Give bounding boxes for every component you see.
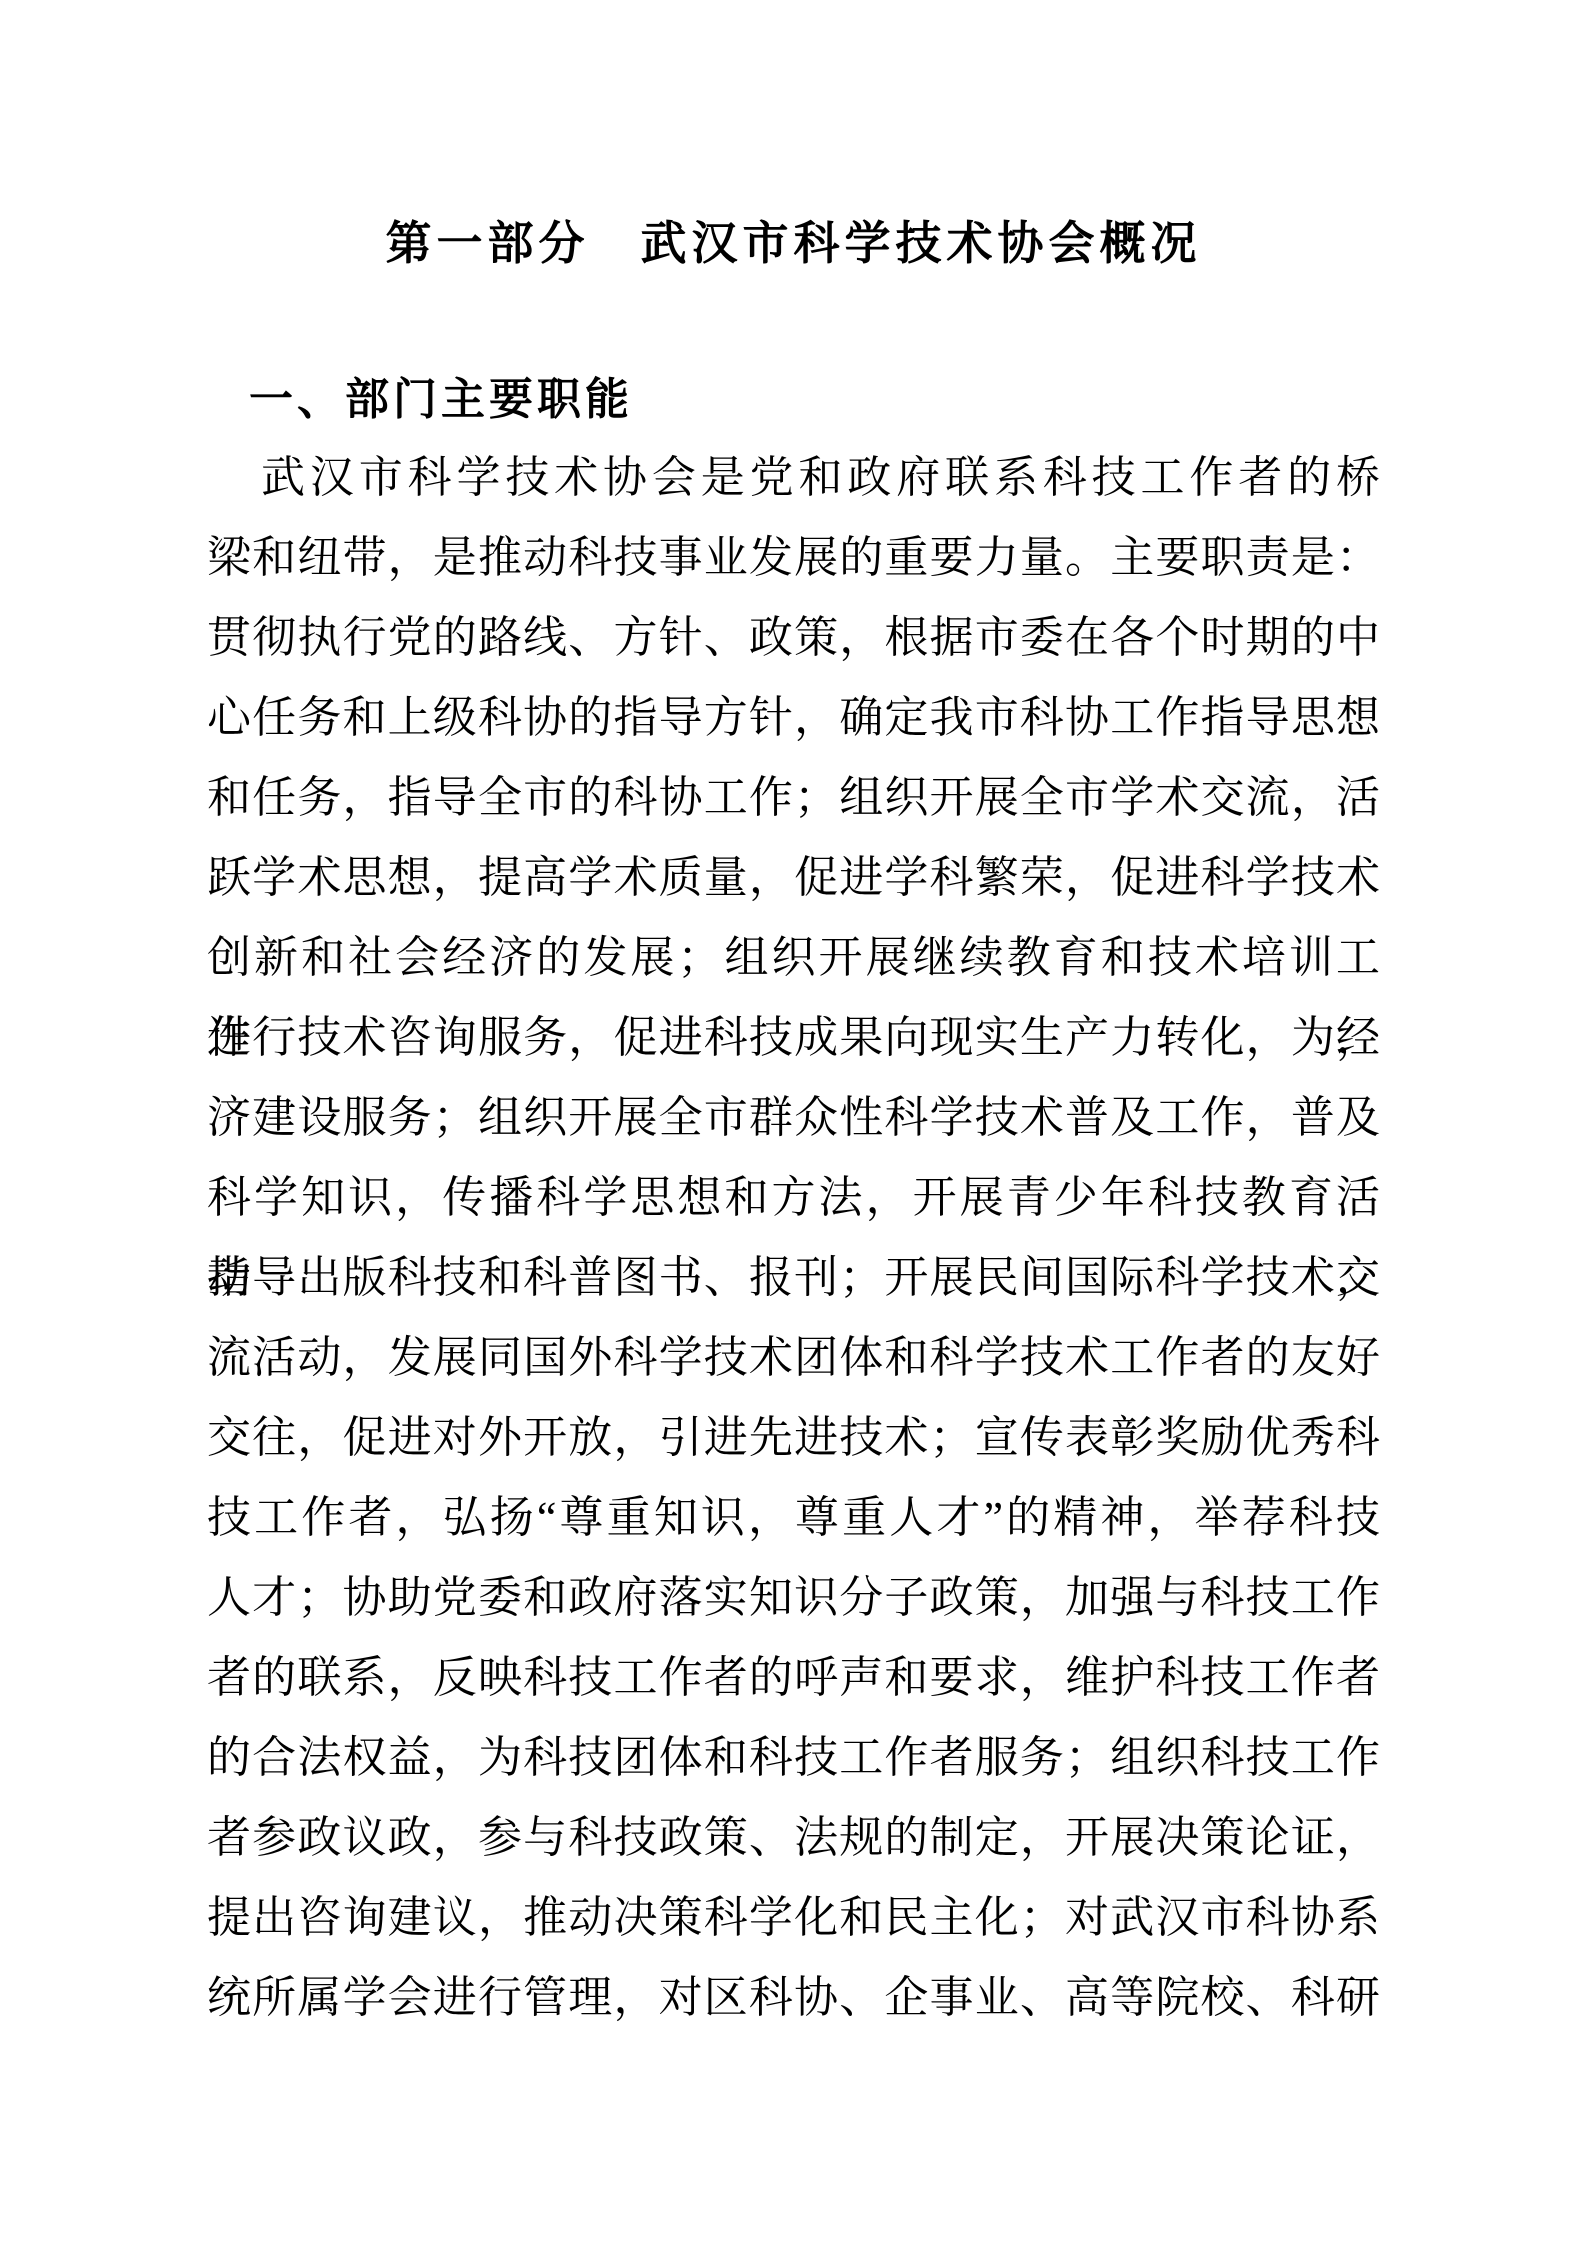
paragraph-line: 科学知识，传播科学思想和方法，开展青少年科技教育活动， [207, 1158, 1380, 1238]
paragraph-line: 统所属学会进行管理，对区科协、企事业、高等院校、科研 [207, 1958, 1380, 2038]
paragraph-line: 武汉市科学技术协会是党和政府联系科技工作者的桥 [207, 438, 1380, 518]
paragraph-line: 创新和社会经济的发展；组织开展继续教育和技术培训工作， [207, 918, 1380, 998]
paragraph-line: 跃学术思想，提高学术质量，促进学科繁荣，促进科学技术 [207, 838, 1380, 918]
paragraph-line: 交往，促进对外开放，引进先进技术；宣传表彰奖励优秀科 [207, 1398, 1380, 1478]
paragraph-line: 指导出版科技和科普图书、报刊；开展民间国际科学技术交 [207, 1238, 1380, 1318]
paragraph-line: 流活动，发展同国外科学技术团体和科学技术工作者的友好 [207, 1318, 1380, 1398]
section-heading: 一、部门主要职能 [207, 374, 1380, 426]
paragraph-line: 贯彻执行党的路线、方针、政策，根据市委在各个时期的中 [207, 598, 1380, 678]
body-paragraph: 武汉市科学技术协会是党和政府联系科技工作者的桥梁和纽带，是推动科技事业发展的重要… [207, 438, 1380, 2038]
paragraph-line: 提出咨询建议，推动决策科学化和民主化；对武汉市科协系 [207, 1878, 1380, 1958]
document-page: 第一部分 武汉市科学技术协会概况 一、部门主要职能 武汉市科学技术协会是党和政府… [0, 0, 1587, 2245]
paragraph-line: 技工作者，弘扬“尊重知识，尊重人才”的精神，举荐科技 [207, 1478, 1380, 1558]
paragraph-line: 梁和纽带，是推动科技事业发展的重要力量。主要职责是： [207, 518, 1380, 598]
document-title: 第一部分 武汉市科学技术协会概况 [207, 216, 1380, 270]
paragraph-line: 者的联系，反映科技工作者的呼声和要求，维护科技工作者 [207, 1638, 1380, 1718]
paragraph-line: 人才；协助党委和政府落实知识分子政策，加强与科技工作 [207, 1558, 1380, 1638]
paragraph-line: 者参政议政，参与科技政策、法规的制定，开展决策论证， [207, 1798, 1380, 1878]
paragraph-line: 和任务，指导全市的科协工作；组织开展全市学术交流，活 [207, 758, 1380, 838]
paragraph-line: 进行技术咨询服务，促进科技成果向现实生产力转化，为经 [207, 998, 1380, 1078]
paragraph-line: 心任务和上级科协的指导方针，确定我市科协工作指导思想 [207, 678, 1380, 758]
paragraph-line: 济建设服务；组织开展全市群众性科学技术普及工作，普及 [207, 1078, 1380, 1158]
paragraph-line: 的合法权益，为科技团体和科技工作者服务；组织科技工作 [207, 1718, 1380, 1798]
